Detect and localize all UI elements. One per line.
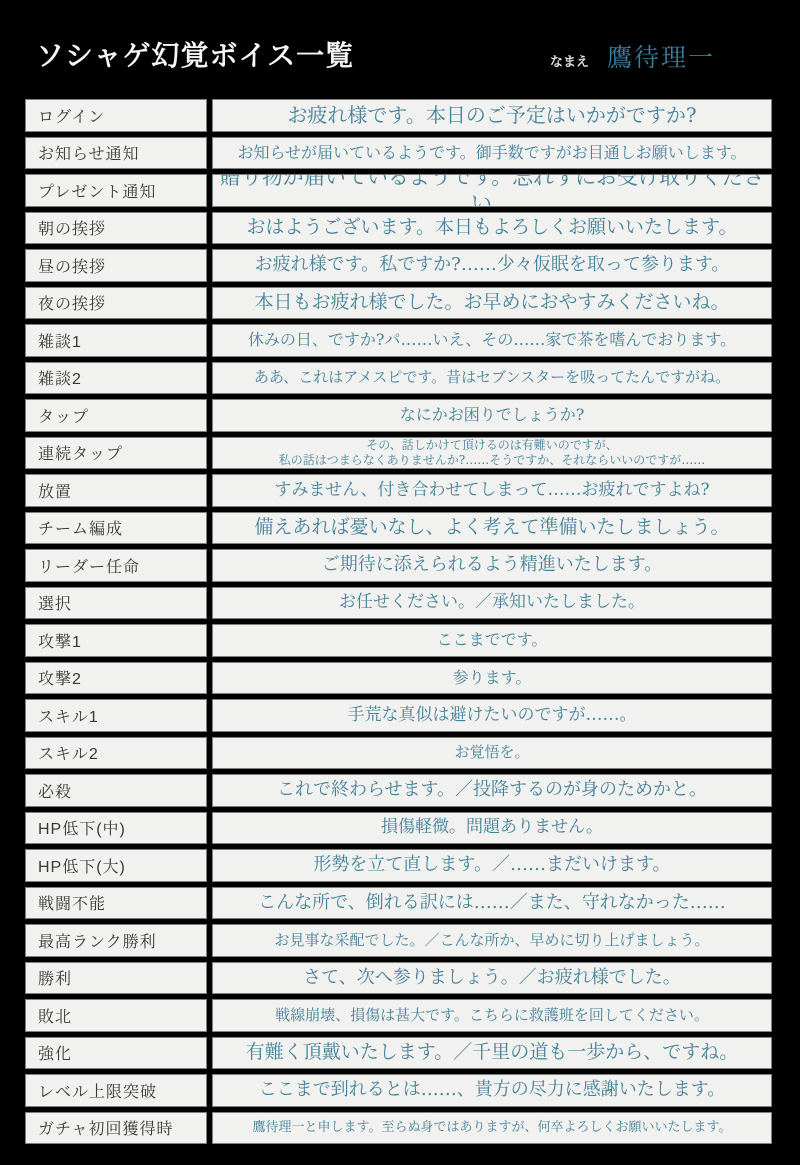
- voice-situation-label: ガチャ初回獲得時: [25, 1112, 207, 1145]
- voice-line-text: 形勢を立て直します。／……まだいけます。: [212, 849, 772, 882]
- table-row: 昼の挨拶 お疲れ様です。私ですか?……少々仮眠を取って参ります。: [25, 249, 772, 282]
- voice-line-text: 鷹待理一と申します。至らぬ身ではありますが、何卒よろしくお願いいたします。: [212, 1112, 772, 1145]
- voice-line-text: ここまでです。: [212, 624, 772, 657]
- table-row: スキル2 お覚悟を。: [25, 737, 772, 770]
- voice-line-text: すみません、付き合わせてしまって……お疲れですよね?: [212, 474, 772, 507]
- voice-situation-label: ログイン: [25, 99, 207, 132]
- voice-situation-label: 強化: [25, 1037, 207, 1070]
- voice-line-text: お見事な采配でした。／こんな所か、早めに切り上げましょう。: [212, 924, 772, 957]
- table-row: 放置 すみません、付き合わせてしまって……お疲れですよね?: [25, 474, 772, 507]
- voice-situation-label: スキル1: [25, 699, 207, 732]
- voice-line-text: 参ります。: [212, 662, 772, 695]
- table-row: リーダー任命 ご期待に添えられるよう精進いたします。: [25, 549, 772, 582]
- table-row: 必殺 これで終わらせます。／投降するのが身のためかと。: [25, 774, 772, 807]
- voice-line-text: 損傷軽微。問題ありません。: [212, 812, 772, 845]
- voice-situation-label: 放置: [25, 474, 207, 507]
- voice-line-text: おはようございます。本日もよろしくお願いいたします。: [212, 212, 772, 245]
- voice-situation-label: 雑談1: [25, 324, 207, 357]
- voice-line-text: お疲れ様です。本日のご予定はいかがですか?: [212, 99, 772, 132]
- voice-line-text: 贈り物が届いているようです。忘れずにお受け取りください。: [212, 174, 772, 207]
- voice-situation-label: お知らせ通知: [25, 137, 207, 170]
- voice-situation-label: 選択: [25, 587, 207, 620]
- voice-line-text: 休みの日、ですか?パ……いえ、その……家で茶を嗜んでおります。: [212, 324, 772, 357]
- voice-line-text: ここまで到れるとは……、貴方の尽力に感謝いたします。: [212, 1074, 772, 1107]
- table-row: レベル上限突破 ここまで到れるとは……、貴方の尽力に感謝いたします。: [25, 1074, 772, 1107]
- table-row: HP低下(中) 損傷軽微。問題ありません。: [25, 812, 772, 845]
- voice-situation-label: 夜の挨拶: [25, 287, 207, 320]
- table-row: 夜の挨拶 本日もお疲れ様でした。お早めにおやすみくださいね。: [25, 287, 772, 320]
- voice-situation-label: チーム編成: [25, 512, 207, 545]
- voice-situation-label: 敗北: [25, 999, 207, 1032]
- table-row: 雑談1 休みの日、ですか?パ……いえ、その……家で茶を嗜んでおります。: [25, 324, 772, 357]
- voice-line-text: 戦線崩壊、損傷は甚大です。こちらに救護班を回してください。: [212, 999, 772, 1032]
- voice-line-text: こんな所で、倒れる訳には……／また、守れなかった……: [212, 887, 772, 920]
- character-name: 鷹待理一: [607, 38, 715, 74]
- table-row: 勝利 さて、次へ参りましょう。／お疲れ様でした。: [25, 962, 772, 995]
- table-row: 戦闘不能 こんな所で、倒れる訳には……／また、守れなかった……: [25, 887, 772, 920]
- voice-situation-label: 攻撃1: [25, 624, 207, 657]
- table-row: 連続タップ その、話しかけて頂けるのは有難いのですが、 私の話はつまらなくありま…: [25, 437, 772, 470]
- voice-line-text: なにかお困りでしょうか?: [212, 399, 772, 432]
- table-row: ログイン お疲れ様です。本日のご予定はいかがですか?: [25, 99, 772, 132]
- voice-situation-label: スキル2: [25, 737, 207, 770]
- voice-situation-label: 昼の挨拶: [25, 249, 207, 282]
- voice-line-text: 備えあれば憂いなし、よく考えて準備いたしましょう。: [212, 512, 772, 545]
- voice-situation-label: 雑談2: [25, 362, 207, 395]
- voice-line-text: 手荒な真似は避けたいのですが……。: [212, 699, 772, 732]
- name-field: なまえ 鷹待理一: [550, 38, 715, 74]
- table-row: 攻撃2 参ります。: [25, 662, 772, 695]
- table-row: 最高ランク勝利 お見事な采配でした。／こんな所か、早めに切り上げましょう。: [25, 924, 772, 957]
- voice-situation-label: HP低下(大): [25, 849, 207, 882]
- voice-line-text: お知らせが届いているようです。御手数ですがお目通しお願いします。: [212, 137, 772, 170]
- voice-line-text: その、話しかけて頂けるのは有難いのですが、 私の話はつまらなくありませんか?………: [212, 437, 772, 470]
- voice-line-text: お任せください。／承知いたしました。: [212, 587, 772, 620]
- table-row: HP低下(大) 形勢を立て直します。／……まだいけます。: [25, 849, 772, 882]
- voice-line-text: ご期待に添えられるよう精進いたします。: [212, 549, 772, 582]
- voice-situation-label: レベル上限突破: [25, 1074, 207, 1107]
- voice-situation-label: 戦闘不能: [25, 887, 207, 920]
- table-row: 選択 お任せください。／承知いたしました。: [25, 587, 772, 620]
- voice-situation-label: プレゼント通知: [25, 174, 207, 207]
- page-header: ソシャゲ幻覚ボイス一覧 なまえ 鷹待理一: [0, 0, 800, 74]
- table-row: スキル1 手荒な真似は避けたいのですが……。: [25, 699, 772, 732]
- table-row: チーム編成 備えあれば憂いなし、よく考えて準備いたしましょう。: [25, 512, 772, 545]
- voice-line-text: 有難く頂戴いたします。／千里の道も一歩から、ですね。: [212, 1037, 772, 1070]
- voice-table: ログイン お疲れ様です。本日のご予定はいかがですか? お知らせ通知 お知らせが届…: [25, 99, 772, 1144]
- table-row: タップ なにかお困りでしょうか?: [25, 399, 772, 432]
- table-row: 攻撃1 ここまでです。: [25, 624, 772, 657]
- voice-situation-label: リーダー任命: [25, 549, 207, 582]
- table-row: 強化 有難く頂戴いたします。／千里の道も一歩から、ですね。: [25, 1037, 772, 1070]
- voice-line-text: 本日もお疲れ様でした。お早めにおやすみくださいね。: [212, 287, 772, 320]
- voice-situation-label: 必殺: [25, 774, 207, 807]
- table-row: 雑談2 ああ、これはアメスピです。昔はセブンスターを吸ってたんですがね。: [25, 362, 772, 395]
- voice-line-text: これで終わらせます。／投降するのが身のためかと。: [212, 774, 772, 807]
- voice-situation-label: 攻撃2: [25, 662, 207, 695]
- voice-situation-label: 最高ランク勝利: [25, 924, 207, 957]
- voice-line-text: お覚悟を。: [212, 737, 772, 770]
- voice-situation-label: 連続タップ: [25, 437, 207, 470]
- table-row: 敗北 戦線崩壊、損傷は甚大です。こちらに救護班を回してください。: [25, 999, 772, 1032]
- table-row: お知らせ通知 お知らせが届いているようです。御手数ですがお目通しお願いします。: [25, 137, 772, 170]
- voice-line-text: お疲れ様です。私ですか?……少々仮眠を取って参ります。: [212, 249, 772, 282]
- name-label: なまえ: [550, 51, 589, 74]
- table-row: ガチャ初回獲得時 鷹待理一と申します。至らぬ身ではありますが、何卒よろしくお願い…: [25, 1112, 772, 1145]
- page-title: ソシャゲ幻覚ボイス一覧: [36, 34, 354, 74]
- table-row: プレゼント通知 贈り物が届いているようです。忘れずにお受け取りください。: [25, 174, 772, 207]
- voice-situation-label: HP低下(中): [25, 812, 207, 845]
- voice-situation-label: 勝利: [25, 962, 207, 995]
- voice-line-text: さて、次へ参りましょう。／お疲れ様でした。: [212, 962, 772, 995]
- voice-line-text: ああ、これはアメスピです。昔はセブンスターを吸ってたんですがね。: [212, 362, 772, 395]
- table-row: 朝の挨拶 おはようございます。本日もよろしくお願いいたします。: [25, 212, 772, 245]
- voice-situation-label: 朝の挨拶: [25, 212, 207, 245]
- voice-situation-label: タップ: [25, 399, 207, 432]
